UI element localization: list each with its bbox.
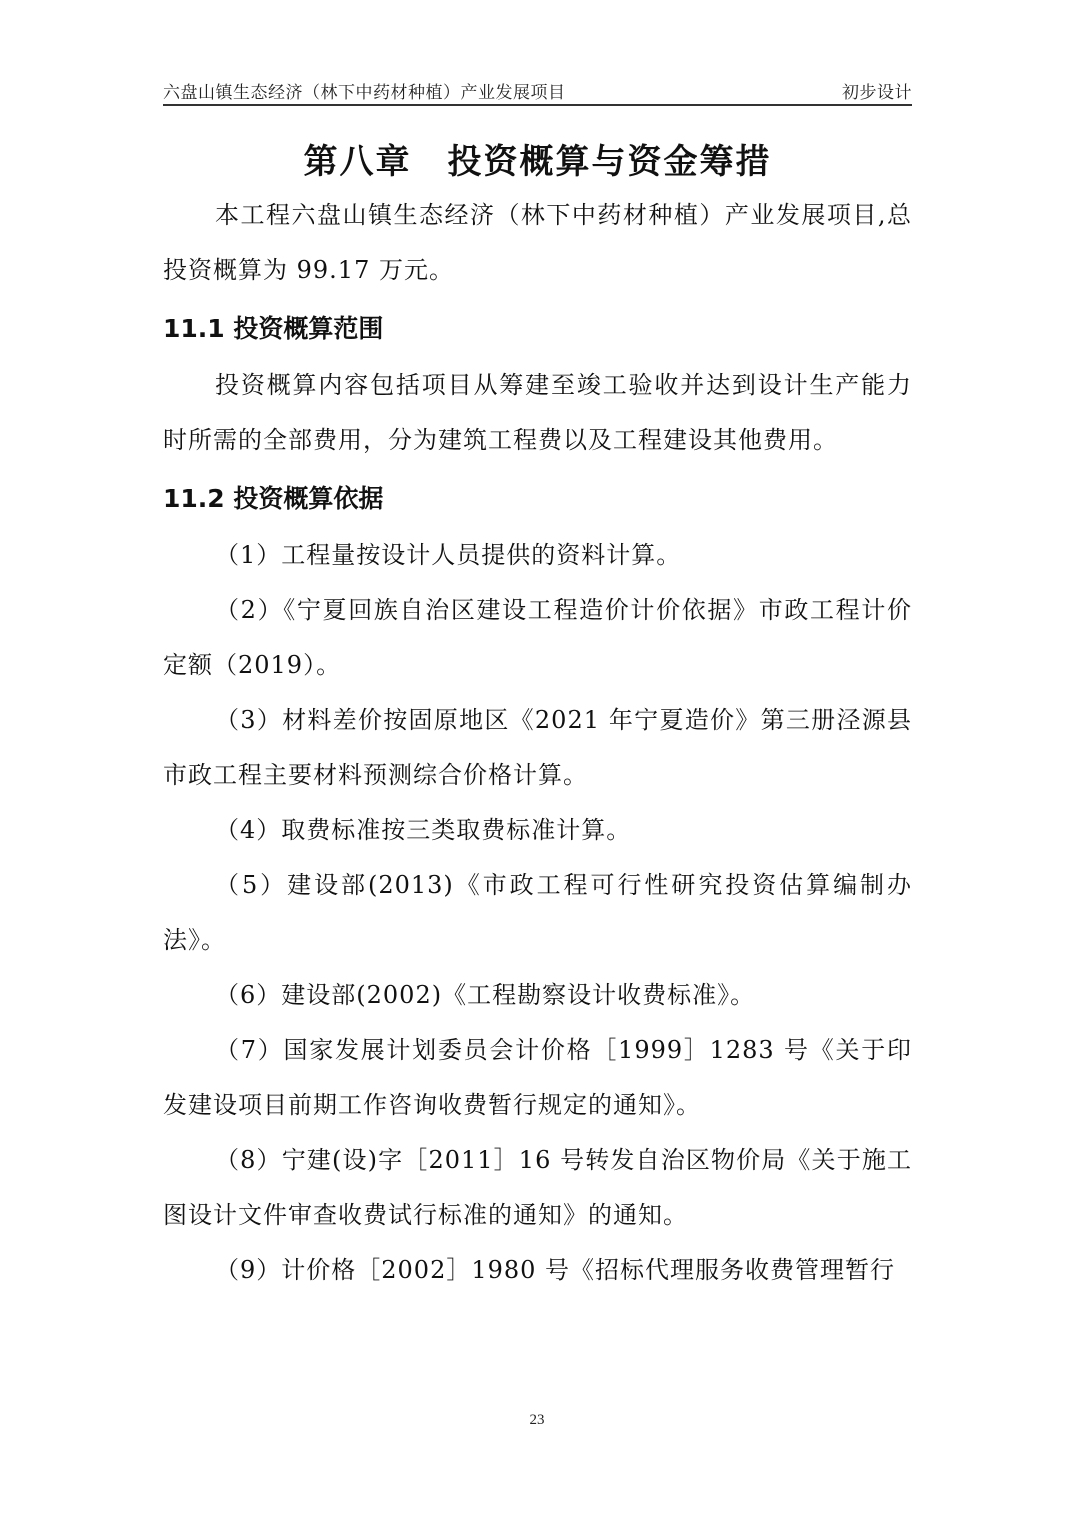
basis-item-8: （8）宁建(设)字［2011］16 号转发自治区物价局《关于施工图设计文件审查收… bbox=[163, 1133, 912, 1243]
header-doc-type: 初步设计 bbox=[842, 78, 912, 103]
basis-item-4: （4）取费标准按三类取费标准计算。 bbox=[163, 803, 912, 858]
section-heading-11-1: 11.1 投资概算范围 bbox=[163, 300, 912, 358]
basis-item-2: （2）《宁夏回族自治区建设工程造价计价依据》市政工程计价定额（2019）。 bbox=[163, 583, 912, 693]
basis-item-7: （7）国家发展计划委员会计价格［1999］1283 号《关于印发建设项目前期工作… bbox=[163, 1023, 912, 1133]
basis-item-6: （6）建设部(2002)《工程勘察设计收费标准》。 bbox=[163, 968, 912, 1023]
scope-paragraph: 投资概算内容包括项目从筹建至竣工验收并达到设计生产能力时所需的全部费用，分为建筑… bbox=[163, 358, 912, 468]
intro-paragraph: 本工程六盘山镇生态经济（林下中药材种植）产业发展项目,总投资概算为 99.17 … bbox=[163, 188, 912, 298]
basis-item-1: （1）工程量按设计人员提供的资料计算。 bbox=[163, 528, 912, 583]
document-page: 六盘山镇生态经济（林下中药材种植）产业发展项目 初步设计 第八章 投资概算与资金… bbox=[0, 0, 1074, 1520]
page-number: 23 bbox=[0, 1412, 1074, 1429]
chapter-title: 第八章 投资概算与资金筹措 bbox=[163, 134, 912, 183]
basis-item-9: （9）计价格［2002］1980 号《招标代理服务收费管理暂行 bbox=[163, 1243, 912, 1298]
header-project-title: 六盘山镇生态经济（林下中药材种植）产业发展项目 bbox=[163, 78, 566, 103]
page-header: 六盘山镇生态经济（林下中药材种植）产业发展项目 初步设计 bbox=[163, 76, 912, 106]
basis-item-3: （3）材料差价按固原地区《2021 年宁夏造价》第三册泾源县市政工程主要材料预测… bbox=[163, 693, 912, 803]
section-heading-11-2: 11.2 投资概算依据 bbox=[163, 470, 912, 528]
document-body: 本工程六盘山镇生态经济（林下中药材种植）产业发展项目,总投资概算为 99.17 … bbox=[163, 188, 912, 1298]
basis-item-5: （5）建设部(2013)《市政工程可行性研究投资估算编制办法》。 bbox=[163, 858, 912, 968]
